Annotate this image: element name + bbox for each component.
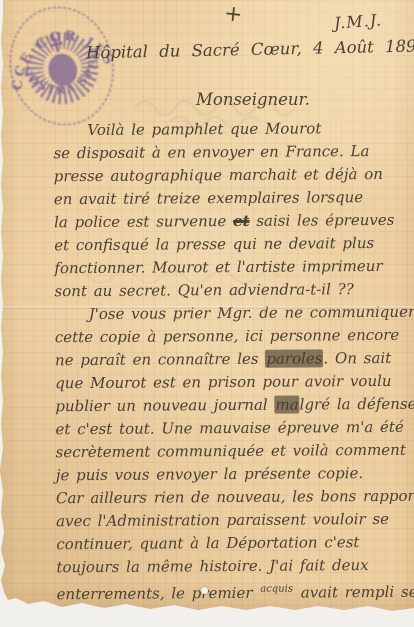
- letter-line: ne paraît en connaître les paroles. On s…: [55, 347, 407, 372]
- dateline: Hôpital du Sacré Cœur, 4 Août 1897.: [86, 37, 412, 63]
- letter-line: je puis vous envoyer la présente copie.: [56, 462, 408, 487]
- jmj-monogram: J.M.J.: [333, 10, 382, 32]
- letter-line: fonctionner. Mourot et l'artiste imprime…: [54, 255, 406, 280]
- inserted-word: acquis: [260, 578, 293, 601]
- line-text: . On sait: [323, 349, 391, 367]
- letter-line: secrètement communiquée et voilà comment: [56, 439, 408, 464]
- letter-line: enterrements, le premier acquis avait re…: [57, 577, 409, 602]
- letter-body: Voilà le pamphlet que Mourot se disposai…: [53, 117, 408, 602]
- line-text: lgré la défense: [300, 395, 414, 414]
- blotted-word: paroles: [265, 349, 323, 367]
- letter-line: publier un nouveau journal malgré la déf…: [55, 393, 407, 418]
- letter-line: que Mourot est en prison pour avoir voul…: [55, 370, 407, 395]
- letter-line: et confisqué la presse qui ne devait plu…: [54, 232, 406, 257]
- letter-line: sont au secret. Qu'en adviendra-t-il ??: [54, 278, 406, 303]
- paper-hole: [201, 587, 208, 594]
- letter-line: Voilà le pamphlet que Mourot: [53, 117, 405, 142]
- letter-line: la police est survenue et saisi les épre…: [54, 209, 406, 234]
- letter-line: Car ailleurs rien de nouveau, les bons r…: [56, 485, 408, 510]
- letter-paper: ECCE COR JESU NOSTRA SPES + J.M.J. Hôpit…: [0, 0, 414, 612]
- letter-line: cette copie à personne, ici personne enc…: [55, 324, 407, 349]
- blotted-word: ma: [274, 396, 299, 414]
- letter-line: J'ose vous prier Mgr. de ne communiquer: [55, 301, 407, 326]
- letter-line: et c'est tout. Une mauvaise épreuve m'a …: [55, 416, 407, 441]
- letter-line: se disposait à en envoyer en France. La: [53, 140, 405, 165]
- letter-line: presse autographique marchait et déjà on: [54, 163, 406, 188]
- salutation: Monseigneur.: [196, 90, 310, 109]
- letter-line: en avait tiré treize exemplaires lorsque: [54, 186, 406, 211]
- line-text: saisi les épreuves: [256, 211, 394, 230]
- scanned-letter-page: { "colors": { "paper": "#eccfa0", "grid"…: [0, 0, 414, 627]
- letter-line: avec l'Administration paraissent vouloir…: [56, 508, 408, 533]
- struck-word: et: [233, 212, 250, 230]
- line-text: publier un nouveau journal: [55, 396, 267, 415]
- letter-line: continuer, quant à la Déportation c'est: [56, 531, 408, 556]
- line-text: avait rempli ses devoirs: [301, 582, 414, 601]
- cross-mark: +: [223, 1, 244, 28]
- line-text: ne paraît en connaître les: [55, 350, 259, 369]
- line-text: enterrements, le premier: [57, 584, 253, 603]
- letter-line: toujours la même histoire. J'ai fait deu…: [56, 554, 408, 579]
- line-text: la police est survenue: [54, 212, 226, 231]
